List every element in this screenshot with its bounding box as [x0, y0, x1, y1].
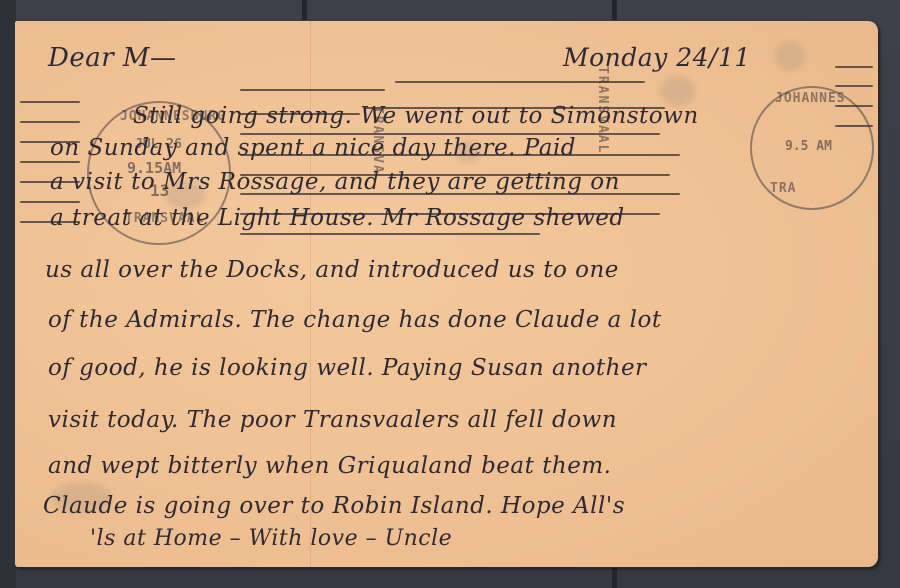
- postmark-time: 9.5 AM: [785, 139, 832, 154]
- stain: [660, 76, 695, 106]
- cancel-bar: [835, 66, 873, 68]
- mount-edge: [0, 0, 16, 588]
- letter-line: of good, he is looking well. Paying Susa…: [48, 355, 647, 381]
- cancel-bar: [20, 121, 80, 123]
- photo-scene: JOHANNESBURG JUL 26 9.15AM 13 TRANSVAAL …: [0, 0, 900, 588]
- stain: [775, 41, 805, 71]
- date-written: Monday 24/11: [563, 43, 751, 72]
- cancel-bar: [20, 101, 80, 103]
- postmark-ring-bottom: TRA: [770, 181, 796, 196]
- letter-line: Claude is going over to Robin Island. Ho…: [43, 493, 625, 519]
- letter-line: of the Admirals. The change has done Cla…: [48, 307, 662, 333]
- letter-line: a treat at the Light House. Mr Rossage s…: [50, 205, 625, 231]
- postcard: JOHANNESBURG JUL 26 9.15AM 13 TRANSVAAL …: [15, 21, 878, 567]
- mount-notch-top: [612, 0, 617, 20]
- cancel-bar: [240, 233, 540, 235]
- cancel-bar: [240, 89, 385, 91]
- sign-off: 'ls at Home – With love – Uncle: [90, 526, 452, 551]
- salutation: Dear M—: [48, 43, 177, 73]
- letter-line: Still going strong. We went out to Simon…: [133, 103, 699, 129]
- letter-line: on Sunday and spent a nice day there. Pa…: [50, 135, 576, 161]
- cancel-bar: [835, 85, 873, 87]
- letter-line: us all over the Docks, and introduced us…: [45, 257, 619, 283]
- letter-line: and wept bitterly when Griqualand beat t…: [48, 453, 611, 479]
- postmark-ring-top: JOHANNES: [775, 91, 846, 106]
- letter-line: a visit to Mrs Rossage, and they are get…: [50, 169, 620, 195]
- cancel-bar: [20, 201, 80, 203]
- mount-notch-top: [302, 0, 307, 20]
- mount-notch-bottom: [612, 567, 617, 588]
- cancel-bar: [20, 161, 80, 163]
- letter-line: visit today. The poor Transvaalers all f…: [48, 407, 617, 433]
